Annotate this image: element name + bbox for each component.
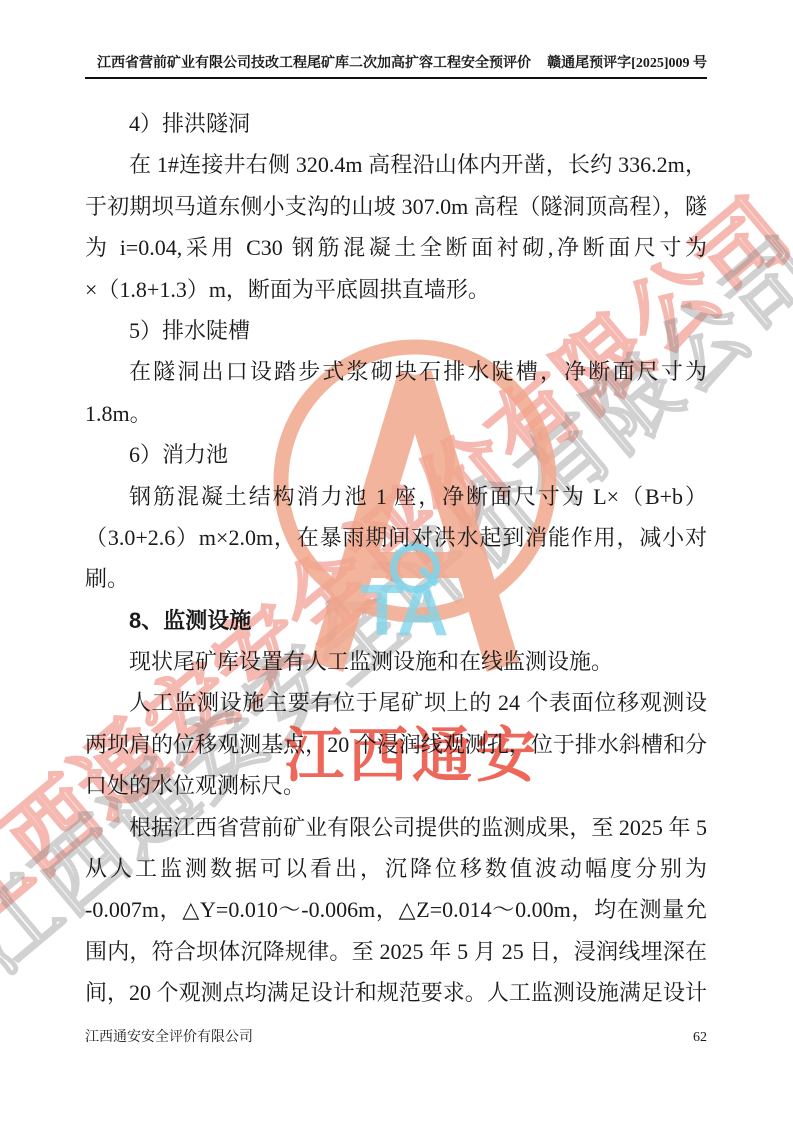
body-line: 间，20 个观测点均满足设计和规范要求。人工监测设施满足设计及规程规 xyxy=(85,972,707,1013)
body-line: 在隧洞出口设踏步式浆砌块石排水陡槽，净断面尺寸为 B×H=2.6m× xyxy=(85,351,707,392)
body-line: ×（1.8+1.3）m，断面为平底圆拱直墙形。 xyxy=(85,269,707,310)
body-line: 人工监测设施主要有位于尾矿坝上的 24 个表面位移观测设施和位于 xyxy=(85,682,707,723)
body-line: 1.8m。 xyxy=(85,393,707,434)
body-line: 5）排水陡槽 xyxy=(85,310,707,351)
footer-company-name: 江西通安安全评价有限公司 xyxy=(85,1026,253,1046)
page-number: 62 xyxy=(693,1030,707,1046)
body-line: 于初期坝马道东侧小支沟的山坡 307.0m 高程（隧洞顶高程），隧洞底坡度 xyxy=(85,186,707,227)
body-line: 4）排洪隧洞 xyxy=(85,103,707,144)
body-line: 在 1#连接井右侧 320.4m 高程沿山体内开凿，长约 336.2m，其出口位 xyxy=(85,144,707,185)
header-title-left: 江西省营前矿业有限公司技改工程尾矿库二次加高扩容工程安全预评价 xyxy=(85,52,531,72)
page-header: 江西省营前矿业有限公司技改工程尾矿库二次加高扩容工程安全预评价 赣通尾预评字[2… xyxy=(85,52,707,79)
body-line: -0.007m，△Y=0.010～-0.006m，△Z=0.014～0.00m，… xyxy=(85,889,707,930)
body-line: 为 i=0.04,采用 C30 钢筋混凝土全断面衬砌,净断面尺寸为 B×(H+R… xyxy=(85,227,707,268)
header-doc-number: 赣通尾预评字[2025]009 号 xyxy=(547,52,707,72)
body-text: 4）排洪隧洞 在 1#连接井右侧 320.4m 高程沿山体内开凿，长约 336.… xyxy=(85,103,707,1014)
body-line: 6）消力池 xyxy=(85,434,707,475)
body-line: 从人工监测数据可以看出，沉降位移数值波动幅度分别为△X=0.014～ xyxy=(85,848,707,889)
body-line: 根据江西省营前矿业有限公司提供的监测成果，至 2025 年 5 月 20 日， xyxy=(85,807,707,848)
body-line: 口处的水位观测标尺。 xyxy=(85,765,707,806)
body-line: 钢筋混凝土结构消力池 1 座，净断面尺寸为 L×（B+b）×H=6.0m× xyxy=(85,476,707,517)
body-line: 两坝肩的位移观测基点，20 个浸润线观测孔，位于排水斜槽和分洪隧洞进 xyxy=(85,724,707,765)
body-line: 刷。 xyxy=(85,558,707,599)
body-line: 围内，符合坝体沉降规律。至 2025 年 5 月 25 日，浸润线埋深在 6.2… xyxy=(85,931,707,972)
section-heading: 8、监测设施 xyxy=(85,600,707,641)
body-line: 现状尾矿库设置有人工监测设施和在线监测设施。 xyxy=(85,641,707,682)
page-footer: 江西通安安全评价有限公司 62 xyxy=(85,1026,707,1046)
body-line: （3.0+2.6）m×2.0m，在暴雨期间对洪水起到消能作用，减小对下游的冲 xyxy=(85,517,707,558)
document-page: 江西通安安全评价有限公司 江西通安安全评价有限公司 TA 江西通安 江西省营前矿… xyxy=(0,0,793,1122)
